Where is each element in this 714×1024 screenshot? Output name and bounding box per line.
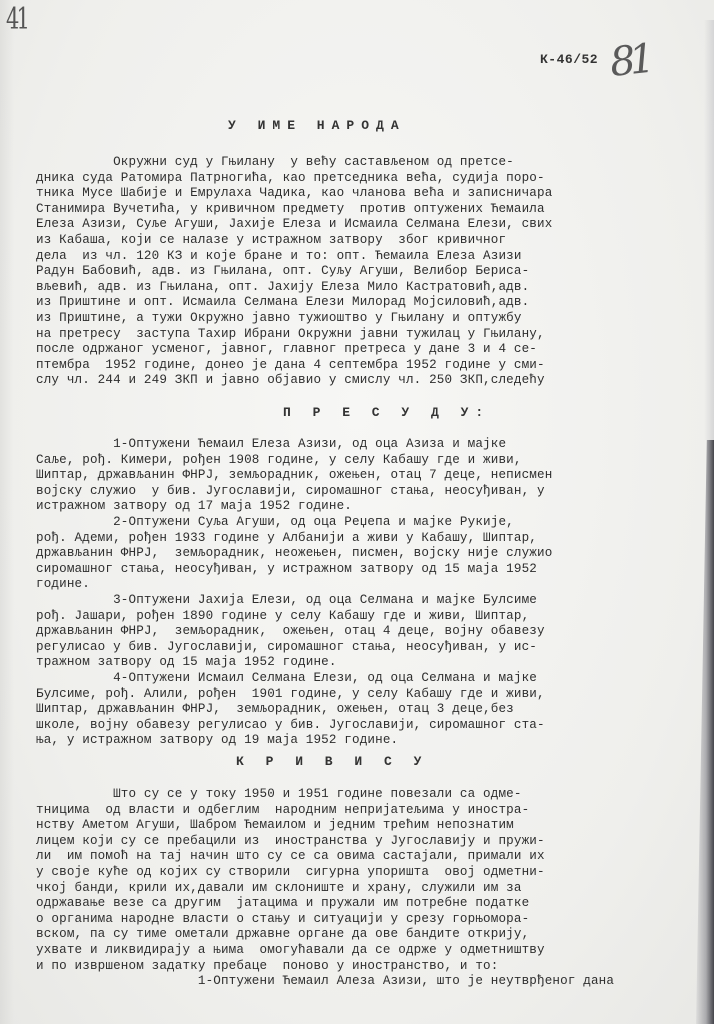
text-line: истражном затвору од 17 маја 1952 године… bbox=[36, 499, 714, 515]
text-line: тражном затвору од 15 маја 1952 године. bbox=[36, 655, 714, 671]
guilty-heading: К Р И В И С У bbox=[236, 754, 428, 769]
text-line: лицем који су се пребацили из иностранст… bbox=[36, 834, 714, 850]
text-line: вском, па су тиме ометали државне органе… bbox=[36, 927, 714, 943]
text-line: Булсиме, рођ. Алили, рођен 1901 године, … bbox=[36, 687, 714, 703]
text-line: из Приштине, а тужи Окружно јавно тужиош… bbox=[36, 311, 714, 327]
text-line: из Кабаша, који се налазе у истражном за… bbox=[36, 233, 714, 249]
verdict-heading: П Р Е С У Д У: bbox=[283, 405, 490, 420]
text-line: дника суда Ратомира Патрногића, као прет… bbox=[36, 171, 714, 187]
text-line: из Приштине и опт. Исмаила Селмана Елези… bbox=[36, 295, 714, 311]
text-line: о органима народне власти о стању и ситу… bbox=[36, 912, 714, 928]
text-line: 4-Оптужени Исмаил Селмана Елези, од оца … bbox=[36, 671, 714, 687]
text-line: ли им помоћ на тај начин што су се са ов… bbox=[36, 849, 714, 865]
text-line: после одржаног усменог, јавног, главног … bbox=[36, 342, 714, 358]
text-line: 2-Оптужени Суља Агуши, од оца Реџепа и м… bbox=[36, 515, 714, 531]
text-line: Саље, рођ. Кимери, рођен 1908 године, у … bbox=[36, 453, 714, 469]
text-line: држављанин ФНРЈ, земљорадник, ожењен, от… bbox=[36, 624, 714, 640]
text-line: регулисао у бив. Југославији, сиромашног… bbox=[36, 640, 714, 656]
text-line: Окружни суд у Гњилану у већу састављеном… bbox=[36, 155, 714, 171]
text-line: године. bbox=[36, 577, 714, 593]
defendants-paragraphs: 1-Оптужени Ћемаил Елеза Азизи, од оца Аз… bbox=[36, 437, 714, 749]
text-line: тника Мусе Шабије и Емрулаха Чадика, као… bbox=[36, 186, 714, 202]
text-line: ња, у истражном затвору од 19 маја 1952 … bbox=[36, 733, 714, 749]
text-line: слу чл. 244 и 249 ЗКП и јавно објавио у … bbox=[36, 373, 714, 389]
text-line: 1-Оптужени Ћемаил Алеза Азизи, што је не… bbox=[36, 974, 714, 990]
scanned-page: 41 К-46/52 81 У ИМЕ НАРОДА Окружни суд у… bbox=[0, 0, 714, 1024]
text-line: нству Аметом Агуши, Шабром Ћемаилом и је… bbox=[36, 818, 714, 834]
text-line: на претресу заступа Тахир Ибрани Окружни… bbox=[36, 327, 714, 343]
text-line: рођ. Јашари, рођен 1890 године у селу Ка… bbox=[36, 609, 714, 625]
text-line: 1-Оптужени Ћемаил Елеза Азизи, од оца Аз… bbox=[36, 437, 714, 453]
text-line: Елеза Азизи, Суље Агуши, Јахије Елеза и … bbox=[36, 217, 714, 233]
text-line: рођ. Адеми, рођен 1933 године у Албанији… bbox=[36, 531, 714, 547]
text-line: Станимира Вучетића, у кривичном предмету… bbox=[36, 202, 714, 218]
document-title: У ИМЕ НАРОДА bbox=[228, 118, 406, 133]
text-line: држављанин ФНРЈ, земљорадник, неожењен, … bbox=[36, 546, 714, 562]
text-line: птембра 1952 године, донео је дана 4 сеп… bbox=[36, 358, 714, 374]
intro-paragraph: Окружни суд у Гњилану у већу састављеном… bbox=[36, 155, 714, 389]
handwritten-page-number: 81 bbox=[608, 36, 652, 86]
margin-mark: 41 bbox=[6, 2, 27, 37]
text-line: Радун Бабовић, адв. из Гњилана, опт. Суљ… bbox=[36, 264, 714, 280]
text-line: ухвате и ликвидирају а њима омогућавали … bbox=[36, 943, 714, 959]
text-line: Шиптар, држављанин ФНРЈ, земљорадник, ож… bbox=[36, 468, 714, 484]
text-line: школе, војну обавезу регулисао у бив. Ју… bbox=[36, 718, 714, 734]
text-line: и по извршеном задатку пребаце поново у … bbox=[36, 959, 714, 975]
file-number: К-46/52 bbox=[540, 52, 598, 67]
charges-paragraph: Што су се у току 1950 и 1951 године пове… bbox=[36, 787, 714, 990]
text-line: одржавање везе са другим јатацима и пруж… bbox=[36, 896, 714, 912]
text-line: вљевић, адв. из Гњилана, опт. Јахију Еле… bbox=[36, 280, 714, 296]
text-line: војску служио у бив. Југославији, сирома… bbox=[36, 484, 714, 500]
text-line: Шиптар, држављанин ФНРЈ, земљорадник, ож… bbox=[36, 702, 714, 718]
text-line: Што су се у току 1950 и 1951 године пове… bbox=[36, 787, 714, 803]
text-line: дела из чл. 120 КЗ и које бране и то: оп… bbox=[36, 249, 714, 265]
text-line: чкој банди, крили их,давали им склониште… bbox=[36, 881, 714, 897]
text-line: у своје куће од којих су створили сигурн… bbox=[36, 865, 714, 881]
text-line: сиромашног стања, неосуђиван, у истражно… bbox=[36, 562, 714, 578]
text-line: тницима од власти и одбеглим народним не… bbox=[36, 803, 714, 819]
text-line: 3-Оптужени Јахија Елези, од оца Селмана … bbox=[36, 593, 714, 609]
